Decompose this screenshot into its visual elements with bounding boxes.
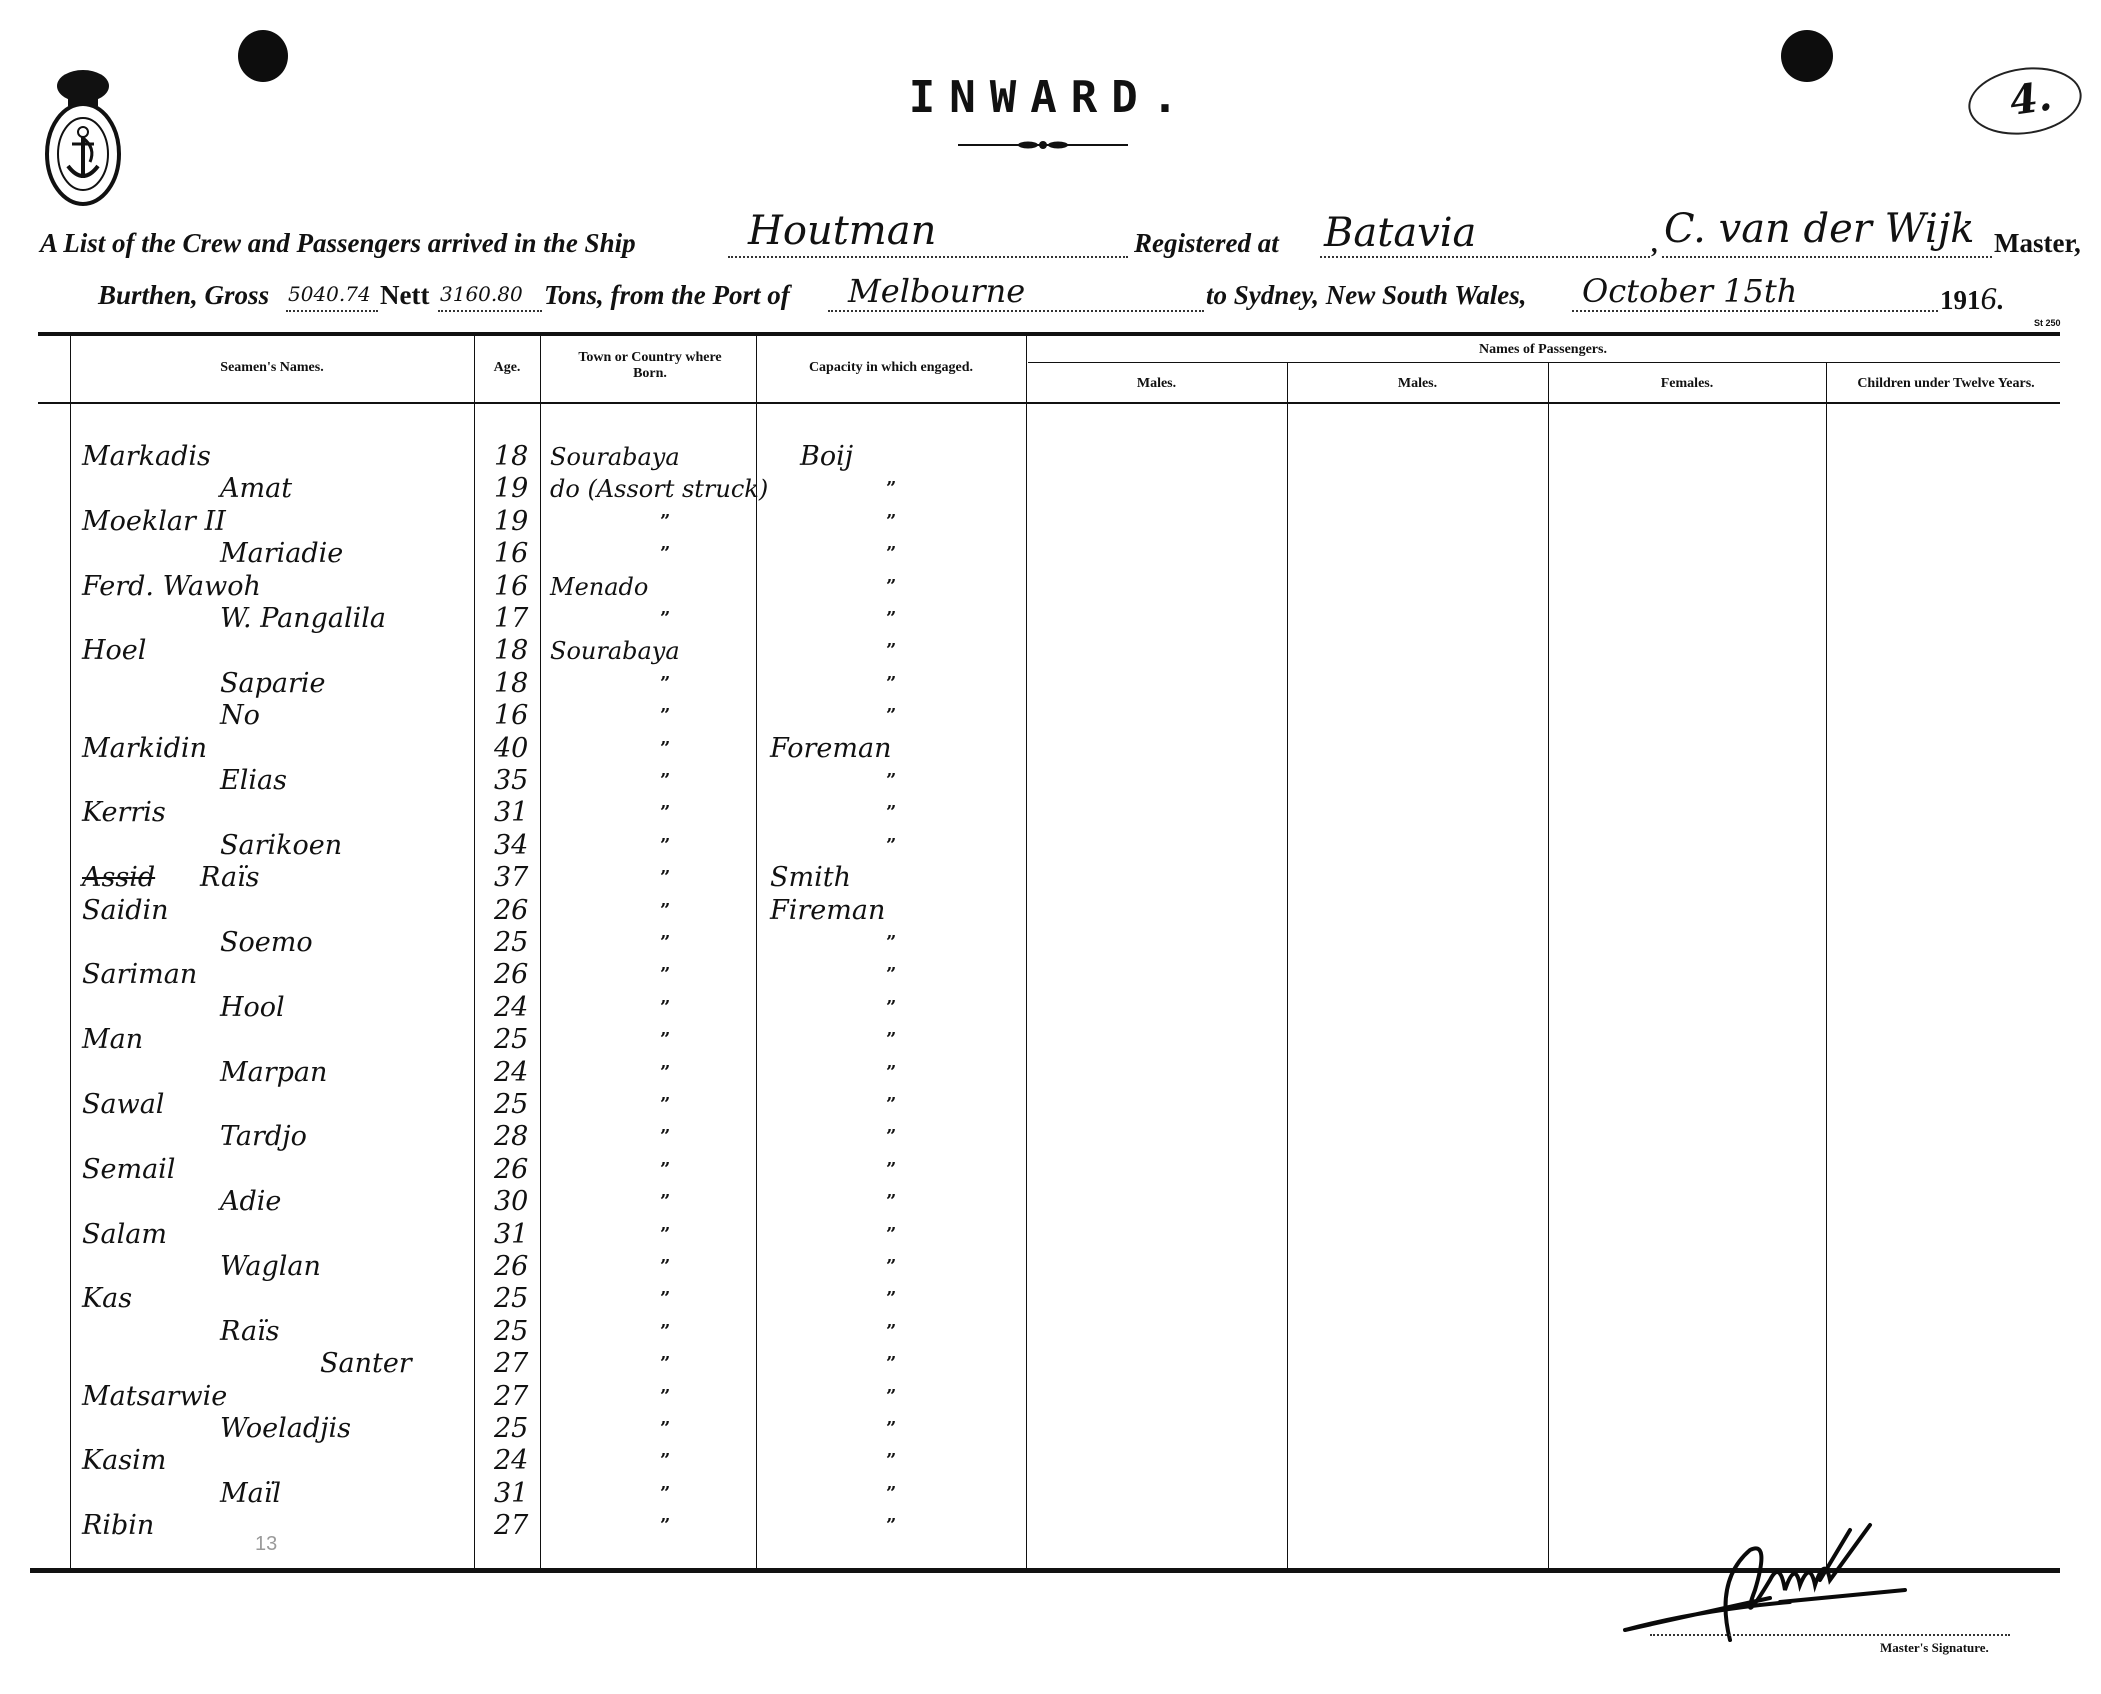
ditto-mark: ” — [886, 1158, 896, 1182]
ditto-mark: ” — [660, 1449, 670, 1473]
seaman-age: 25 — [494, 1417, 528, 1441]
ditto-mark: ” — [660, 1125, 670, 1149]
seaman-name: Ribin — [82, 1514, 154, 1538]
header-females: Females. — [1548, 376, 1826, 392]
form-code: St 250 — [2034, 318, 2061, 328]
seaman-name: Saidin — [82, 899, 169, 923]
seaman-name: Hool — [220, 996, 285, 1020]
ditto-mark: ” — [660, 1093, 670, 1117]
seaman-name: Sarikoen — [220, 834, 342, 858]
ditto-mark: ” — [660, 1223, 670, 1247]
ditto-mark: ” — [660, 1352, 670, 1376]
ditto-mark: ” — [886, 1125, 896, 1149]
seaman-age: 16 — [494, 704, 528, 728]
ditto-mark: ” — [886, 1093, 896, 1117]
arrival-date-field: October 15th — [1572, 276, 1938, 312]
ditto-mark: ” — [660, 672, 670, 696]
capacity-engaged: Foreman — [770, 737, 892, 761]
table-row: Waglan26”” — [70, 1255, 760, 1279]
seaman-age: 26 — [494, 1255, 528, 1279]
page-number: 4. — [2007, 73, 2055, 125]
seaman-age: 26 — [494, 963, 528, 987]
table-row: Moeklar II19”” — [70, 510, 760, 534]
header-names-of-passengers: Names of Passengers. — [1026, 342, 2060, 358]
table-row: Maïl31”” — [70, 1482, 760, 1506]
table-row: Man25”” — [70, 1028, 760, 1052]
ditto-mark: ” — [660, 963, 670, 987]
comma-separator: , — [1652, 228, 1659, 259]
header-age: Age. — [474, 360, 540, 376]
ditto-mark: ” — [886, 704, 896, 728]
ditto-mark: ” — [886, 1482, 896, 1506]
master-name: C. van der Wijk — [1664, 206, 1975, 252]
seaman-name: Raïs — [200, 866, 260, 890]
master-signature-label: Master's Signature. — [1880, 1640, 1989, 1656]
table-row: Santer27”” — [70, 1352, 760, 1376]
table-top-rule — [38, 332, 2060, 336]
seaman-name: Adie — [220, 1190, 281, 1214]
gross-tonnage: 5040.74 — [288, 282, 371, 306]
table-row: Mariadie16”” — [70, 542, 760, 566]
seaman-name: Saparie — [220, 672, 326, 696]
table-row: Tardjo28”” — [70, 1125, 760, 1149]
ditto-mark: ” — [886, 672, 896, 696]
ditto-mark: ” — [660, 931, 670, 955]
seaman-age: 19 — [494, 477, 528, 501]
table-row: Semail26”” — [70, 1158, 760, 1182]
seaman-age: 35 — [494, 769, 528, 793]
seaman-age: 37 — [494, 866, 528, 890]
table-row: AssidRaïs37”Smith — [70, 866, 760, 890]
seaman-name: Matsarwie — [82, 1385, 227, 1409]
seaman-age: 25 — [494, 931, 528, 955]
table-row: Markadis18SourabayaBoij — [70, 445, 760, 469]
seaman-age: 18 — [494, 445, 528, 469]
birthplace: do (Assort struck) — [550, 477, 768, 501]
ditto-mark: ” — [660, 801, 670, 825]
ditto-mark: ” — [886, 1255, 896, 1279]
table-row: Saparie18”” — [70, 672, 760, 696]
col-divider-passengers — [1026, 336, 1027, 1568]
seaman-age: 28 — [494, 1125, 528, 1149]
seaman-name: Waglan — [220, 1255, 321, 1279]
ditto-mark: ” — [660, 899, 670, 923]
ditto-mark: ” — [660, 1190, 670, 1214]
ditto-mark: ” — [886, 769, 896, 793]
passengers-subheader-rule — [1028, 362, 2060, 363]
year-label: 1916. — [1940, 280, 2003, 317]
ditto-mark: ” — [886, 1385, 896, 1409]
ditto-mark: ” — [660, 1385, 670, 1409]
seaman-name: Santer — [320, 1352, 412, 1376]
ditto-mark: ” — [660, 1028, 670, 1052]
table-row: Sariman26”” — [70, 963, 760, 987]
nett-label: Nett — [380, 280, 429, 311]
ditto-mark: ” — [886, 996, 896, 1020]
table-row: Kas25”” — [70, 1287, 760, 1311]
seaman-name: Amat — [220, 477, 292, 501]
ditto-mark: ” — [886, 1514, 896, 1538]
seaman-name: Tardjo — [220, 1125, 307, 1149]
ditto-mark: ” — [886, 931, 896, 955]
seaman-name: Elias — [220, 769, 287, 793]
table-row: Adie30”” — [70, 1190, 760, 1214]
year-period: . — [1997, 285, 2004, 315]
seaman-age: 40 — [494, 737, 528, 761]
seaman-name: Marpan — [220, 1061, 327, 1085]
seaman-name: Man — [82, 1028, 143, 1052]
seaman-name: Sawal — [82, 1093, 164, 1117]
seaman-age: 27 — [494, 1514, 528, 1538]
registered-at-value: Batavia — [1324, 210, 1476, 256]
seaman-age: 19 — [494, 510, 528, 534]
col-divider-males2 — [1287, 363, 1288, 1568]
master-name-field: C. van der Wijk — [1662, 222, 1992, 258]
year-suffix: 6 — [1981, 280, 1997, 316]
title-flourish — [958, 138, 1128, 152]
seaman-age: 25 — [494, 1287, 528, 1311]
ditto-mark: ” — [886, 1061, 896, 1085]
col-divider-children — [1826, 363, 1827, 1568]
ditto-mark: ” — [660, 510, 670, 534]
seaman-name: Semail — [82, 1158, 175, 1182]
ditto-mark: ” — [660, 1287, 670, 1311]
birthplace: Menado — [550, 575, 648, 599]
seaman-name: Kasim — [82, 1449, 166, 1473]
table-row: Raïs25”” — [70, 1320, 760, 1344]
from-port-field: Melbourne — [828, 276, 1204, 312]
seaman-age: 25 — [494, 1320, 528, 1344]
registered-at-field: Batavia — [1320, 222, 1650, 258]
header-town-born: Town or Country where Born. — [570, 350, 730, 382]
seaman-age: 26 — [494, 1158, 528, 1182]
seaman-name: W. Pangalila — [220, 607, 386, 631]
nett-tonnage: 3160.80 — [440, 282, 523, 306]
master-signature — [1620, 1520, 1920, 1650]
table-row: Marpan24”” — [70, 1061, 760, 1085]
ditto-mark: ” — [886, 1417, 896, 1441]
ditto-mark: ” — [886, 607, 896, 631]
header-children: Children under Twelve Years. — [1826, 376, 2066, 392]
seaman-age: 30 — [494, 1190, 528, 1214]
ditto-mark: ” — [886, 639, 896, 663]
ditto-mark: ” — [886, 575, 896, 599]
seaman-age: 31 — [494, 1482, 528, 1506]
seaman-age: 24 — [494, 1061, 528, 1085]
ditto-mark: ” — [660, 1320, 670, 1344]
seaman-age: 24 — [494, 1449, 528, 1473]
capacity-engaged: Fireman — [770, 899, 885, 923]
ditto-mark: ” — [660, 1417, 670, 1441]
header-seamens-names: Seamen's Names. — [70, 360, 474, 376]
table-row: Kerris31”” — [70, 801, 760, 825]
page-title: INWARD. — [0, 72, 2101, 123]
tons-from-port-label: Tons, from the Port of — [544, 280, 790, 311]
table-row: Sarikoen34”” — [70, 834, 760, 858]
seaman-age: 26 — [494, 899, 528, 923]
birthplace: Sourabaya — [550, 445, 680, 469]
seaman-age: 27 — [494, 1385, 528, 1409]
seaman-name: Moeklar II — [82, 510, 226, 534]
table-row: Matsarwie27”” — [70, 1385, 760, 1409]
ditto-mark: ” — [660, 769, 670, 793]
table-row: Hoel18Sourabaya” — [70, 639, 760, 663]
ditto-mark: ” — [886, 1223, 896, 1247]
ditto-mark: ” — [660, 1482, 670, 1506]
seaman-age: 31 — [494, 1223, 528, 1247]
seaman-age: 25 — [494, 1028, 528, 1052]
ship-name: Houtman — [748, 208, 936, 254]
table-row: Ribin27”” — [70, 1514, 760, 1538]
ditto-mark: ” — [886, 477, 896, 501]
ditto-mark: ” — [660, 704, 670, 728]
birthplace: Sourabaya — [550, 639, 680, 663]
from-port: Melbourne — [848, 272, 1025, 310]
seaman-name: Mariadie — [220, 542, 343, 566]
table-row: Elias35”” — [70, 769, 760, 793]
ditto-mark: ” — [660, 542, 670, 566]
burthen-label: Burthen, Gross — [98, 280, 269, 311]
ditto-mark: ” — [886, 1287, 896, 1311]
table-row: Markidin40”Foreman — [70, 737, 760, 761]
header-males-1: Males. — [1026, 376, 1287, 392]
ditto-mark: ” — [660, 607, 670, 631]
seaman-age: 34 — [494, 834, 528, 858]
header-bottom-rule — [38, 402, 2060, 404]
ship-name-field: Houtman — [728, 222, 1128, 258]
ditto-mark: ” — [660, 1158, 670, 1182]
seaman-age: 17 — [494, 607, 528, 631]
ditto-mark: ” — [886, 963, 896, 987]
year-prefix: 191 — [1940, 285, 1981, 315]
ditto-mark: ” — [660, 866, 670, 890]
ditto-mark: ” — [886, 1028, 896, 1052]
seaman-age: 24 — [494, 996, 528, 1020]
master-label: Master, — [1994, 228, 2081, 259]
seaman-name: Maïl — [220, 1482, 281, 1506]
table-row: Ferd. Wawoh16Menado” — [70, 575, 760, 599]
seaman-name: Sariman — [82, 963, 197, 987]
table-row: Woeladjis25”” — [70, 1417, 760, 1441]
list-intro-label: A List of the Crew and Passengers arrive… — [40, 228, 636, 259]
struck-name-prefix: Assid — [82, 866, 155, 890]
ditto-mark: ” — [886, 542, 896, 566]
seaman-name: Ferd. Wawoh — [82, 575, 261, 599]
seaman-name: Raïs — [220, 1320, 280, 1344]
seaman-name: Kerris — [82, 801, 166, 825]
ditto-mark: ” — [660, 996, 670, 1020]
seaman-name: Hoel — [82, 639, 146, 663]
seaman-age: 18 — [494, 639, 528, 663]
seaman-name: No — [220, 704, 260, 728]
col-divider-females — [1548, 363, 1549, 1568]
nett-tonnage-field: 3160.80 — [438, 276, 542, 312]
ditto-mark: ” — [660, 834, 670, 858]
ditto-mark: ” — [886, 801, 896, 825]
ditto-mark: ” — [660, 1255, 670, 1279]
seaman-age: 16 — [494, 575, 528, 599]
arrival-date: October 15th — [1582, 272, 1797, 310]
seaman-age: 18 — [494, 672, 528, 696]
table-row: Hool24”” — [70, 996, 760, 1020]
table-row: W. Pangalila17”” — [70, 607, 760, 631]
header-capacity: Capacity in which engaged. — [756, 360, 1026, 376]
ditto-mark: ” — [660, 1514, 670, 1538]
ditto-mark: ” — [886, 834, 896, 858]
ditto-mark: ” — [886, 1449, 896, 1473]
ditto-mark: ” — [886, 1320, 896, 1344]
header-males-2: Males. — [1287, 376, 1548, 392]
seaman-age: 27 — [494, 1352, 528, 1376]
table-row: Amat19do (Assort struck)” — [70, 477, 760, 501]
table-row: Soemo25”” — [70, 931, 760, 955]
gross-tonnage-field: 5040.74 — [286, 276, 378, 312]
destination-label: to Sydney, New South Wales, — [1206, 280, 1527, 311]
table-row: Sawal25”” — [70, 1093, 760, 1117]
signature-dotted-line — [1650, 1634, 2010, 1636]
seaman-name: Markidin — [82, 737, 207, 761]
seaman-name: Markadis — [82, 445, 211, 469]
table-row: Saidin26”Fireman — [70, 899, 760, 923]
seaman-name: Salam — [82, 1223, 167, 1247]
seaman-name: Soemo — [220, 931, 313, 955]
table-row: Kasim24”” — [70, 1449, 760, 1473]
ditto-mark: ” — [886, 1352, 896, 1376]
registered-at-label: Registered at — [1134, 228, 1279, 259]
table-row: No16”” — [70, 704, 760, 728]
table-row: Salam31”” — [70, 1223, 760, 1247]
ditto-mark: ” — [886, 1190, 896, 1214]
ditto-mark: ” — [660, 737, 670, 761]
capacity-engaged: Smith — [770, 866, 851, 890]
ditto-mark: ” — [886, 510, 896, 534]
seaman-age: 31 — [494, 801, 528, 825]
seaman-age: 25 — [494, 1093, 528, 1117]
seaman-name: Kas — [82, 1287, 132, 1311]
seaman-age: 16 — [494, 542, 528, 566]
pencil-note: 13 — [255, 1533, 277, 1556]
seaman-name: Woeladjis — [220, 1417, 351, 1441]
ditto-mark: ” — [660, 1061, 670, 1085]
capacity-engaged: Boij — [800, 445, 853, 469]
